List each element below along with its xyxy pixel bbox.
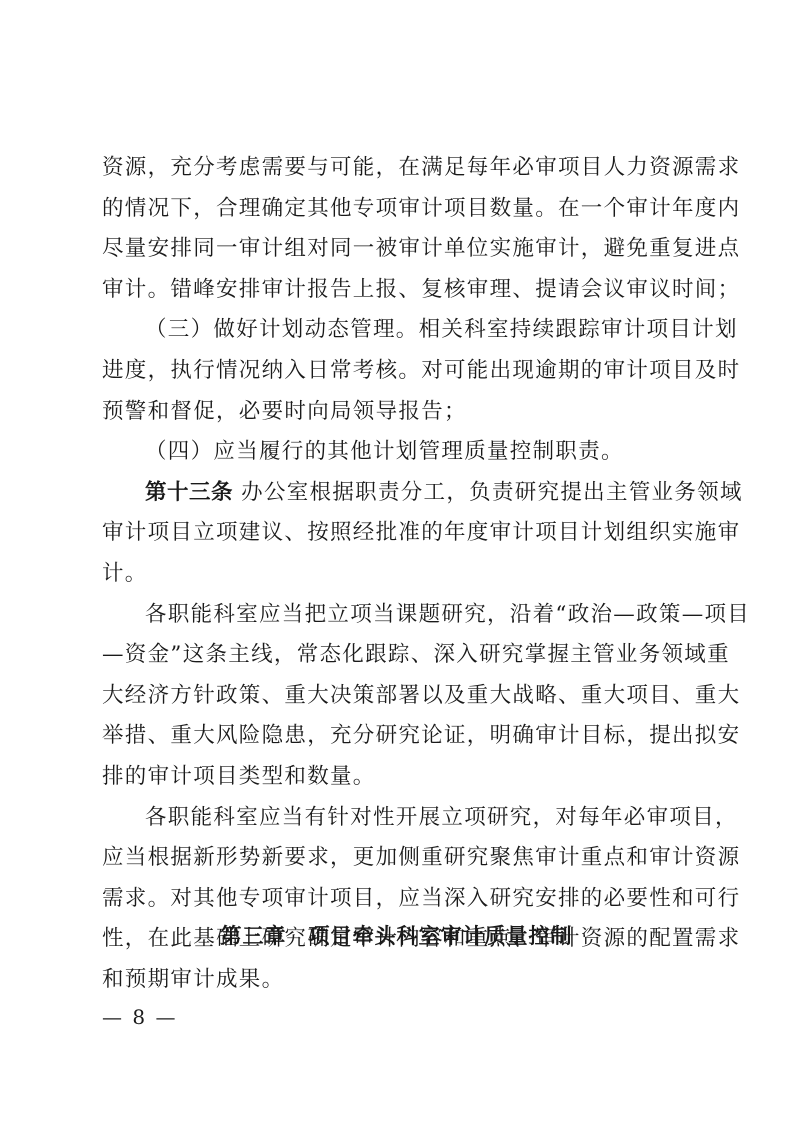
text-line-18: 应当根据新形势新要求，更加侧重研究聚焦审计重点和审计资源	[102, 838, 698, 879]
text-line-7: 预警和督促，必要时向局领导报告；	[102, 392, 698, 433]
document-page: 资源，充分考虑需要与可能，在满足每年必审项目人力资源需求 的情况下，合理确定其他…	[0, 0, 793, 1122]
text-line-3: 尽量安排同一审计组对同一被审计单位实施审计，避免重复进点	[102, 229, 698, 270]
text-line-1: 资源，充分考虑需要与可能，在满足每年必审项目人力资源需求	[102, 148, 698, 189]
article-13-heading: 第十三条	[145, 480, 233, 505]
text-line-6: 进度，执行情况纳入日常考核。对可能出现逾期的审计项目及时	[102, 351, 698, 392]
text-line-15: 举措、重大风险隐患，充分研究论证，明确审计目标，提出拟安	[102, 716, 698, 757]
body-text: 资源，充分考虑需要与可能，在满足每年必审项目人力资源需求 的情况下，合理确定其他…	[102, 148, 698, 1000]
text-line-4: 审计。错峰安排审计报告上报、复核审理、提请会议审议时间；	[102, 270, 698, 311]
chapter-number: 第三章	[221, 924, 287, 948]
chapter-heading: 第三章项目牵头科室审计质量控制	[0, 916, 793, 956]
text-line-12: 各职能科室应当把立项当课题研究，沿着“政治—政策—项目	[102, 595, 698, 636]
text-line-21: 和预期审计成果。	[102, 960, 698, 1001]
article-13-text: 办公室根据职责分工，负责研究提出主管业务领域	[233, 480, 743, 505]
text-line-11: 计。	[102, 554, 698, 595]
text-line-2: 的情况下，合理确定其他专项审计项目数量。在一个审计年度内	[102, 189, 698, 230]
text-line-19: 需求。对其他专项审计项目，应当深入研究安排的必要性和可行	[102, 879, 698, 920]
page-number: — 8 —	[102, 1002, 177, 1032]
chapter-title-text: 项目牵头科室审计质量控制	[309, 924, 573, 948]
text-line-17: 各职能科室应当有针对性开展立项研究，对每年必审项目，	[102, 798, 698, 839]
text-line-5: （三）做好计划动态管理。相关科室持续跟踪审计项目计划	[102, 310, 698, 351]
text-line-8: （四）应当履行的其他计划管理质量控制职责。	[102, 432, 698, 473]
text-line-10: 审计项目立项建议、按照经批准的年度审计项目计划组织实施审	[102, 513, 698, 554]
text-line-16: 排的审计项目类型和数量。	[102, 757, 698, 798]
text-line-14: 大经济方针政策、重大决策部署以及重大战略、重大项目、重大	[102, 676, 698, 717]
text-line-13: —资金”这条主线，常态化跟踪、深入研究掌握主管业务领域重	[102, 635, 698, 676]
article-13-line: 第十三条 办公室根据职责分工，负责研究提出主管业务领域	[102, 473, 698, 514]
